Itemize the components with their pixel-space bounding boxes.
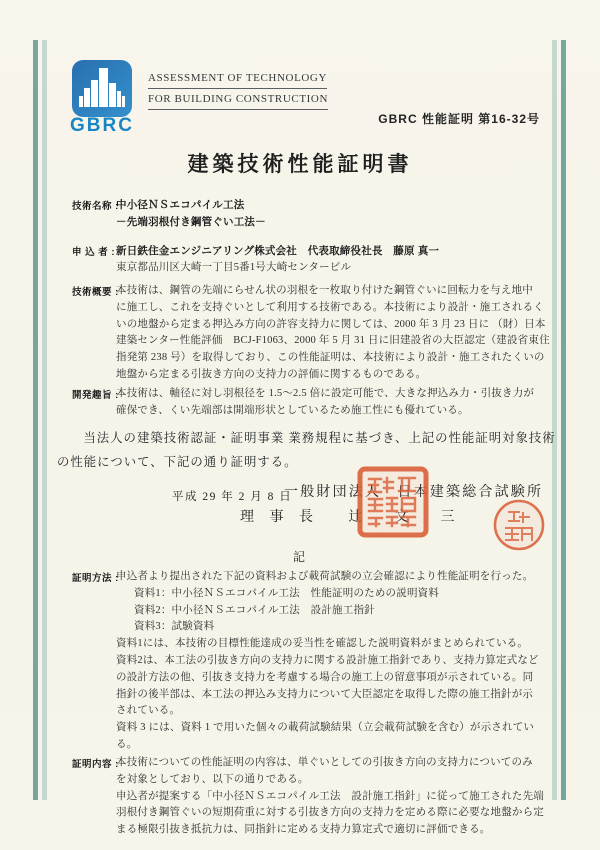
statement-line: 当法人の建築技術認証・証明事業 業務規程に基づき、上記の性能証明対象技術 — [57, 426, 540, 450]
document-title: 建築技術性能証明書 — [0, 148, 600, 178]
method-intro: 申込者より提出された下記の資料および載荷試験の立会確認により性能証明を行った。 — [116, 569, 542, 586]
method-note-line: る。 — [116, 737, 542, 754]
signer-role: 理 事 長 — [240, 510, 319, 525]
applicant-label: 申 込 者 : — [72, 244, 115, 258]
tech-summary-line: 本技術は、鋼管の先端にらせん状の羽根を一枚取り付けた鋼管ぐいに回転力を与え地中 — [116, 283, 542, 300]
round-seal-icon — [492, 498, 546, 552]
content-label: 証明内容 : — [72, 756, 119, 770]
method-note-line: されている。 — [116, 703, 542, 720]
tech-summary-line: 指発第 238 号）を取得しており、この性能証明は、本技術により設計・施工された… — [116, 350, 542, 367]
section-applicant: 申 込 者 : 新日鉄住金エンジニアリング株式会社 代表取締役社長 藤原 真一 … — [72, 243, 542, 277]
content-line: 申込者が提案する「中小径ＮＳエコパイル工法 設計施工指針」に従って施工された先端 — [116, 789, 542, 806]
method-note-line: 資料2は、本工法の引抜き方向の支持力に関する設計施工指針であり、支持力算定式など — [116, 653, 542, 670]
content-line: 羽根付き鋼管ぐいの短期荷重に対する引抜き方向の支持力を定める際に必要な地盤から定 — [116, 805, 542, 822]
content-line: 本技術についての性能証明の内容は、単ぐいとしての引抜き方向の支持力についてのみ — [116, 755, 542, 772]
square-seal-icon — [357, 466, 429, 538]
method-note-line: の設計方法の他、引抜き支持力を考慮する場合の施工上の留意事項が示されている。同 — [116, 670, 542, 687]
method-note-line: 資料 3 には、資料 1 で用いた個々の載荷試験結果（立会載荷試験を含む）が示さ… — [116, 720, 542, 737]
applicant-address: 東京都品川区大崎一丁目5番1号大崎センタービル — [116, 260, 542, 277]
certificate-page: GBRC ASSESSMENT OF TECHNOLOGY FOR BUILDI… — [0, 0, 600, 850]
tech-name-line: －先端羽根付き鋼管ぐい工法－ — [116, 214, 542, 231]
certificate-number: GBRC 性能証明 第16-32号 — [378, 110, 540, 127]
statement-line: の性能について、下記の通り証明する。 — [57, 450, 540, 474]
signer-line: 理 事 長 辻 文 三 — [240, 506, 464, 526]
square-seal — [357, 466, 429, 538]
tech-name-label: 技術名称 : — [72, 198, 119, 212]
org-name-english: ASSESSMENT OF TECHNOLOGY FOR BUILDING CO… — [148, 68, 328, 110]
section-method: 証明方法 : 申込者より提出された下記の資料および載荷試験の立会確認により性能証… — [72, 569, 542, 754]
gbrc-brand-text: GBRC — [66, 115, 138, 137]
purpose-line: 本技術は、軸径に対し羽根径を 1.5～2.5 倍に設定可能で、大きな押込み力・引… — [116, 386, 542, 403]
gbrc-logo — [72, 60, 132, 117]
note-mark: 記 — [0, 548, 600, 565]
building-skyline-icon — [72, 60, 132, 117]
purpose-line: 確保でき、くい先端部は開端形状としているため施工性にも優れている。 — [116, 403, 542, 420]
section-purpose: 開発趣旨 : 本技術は、軸径に対し羽根径を 1.5～2.5 倍に設定可能で、大き… — [72, 386, 542, 420]
method-doc-item: 資料2：中小径ＮＳエコパイル工法 設計施工指針 — [134, 603, 542, 620]
purpose-label: 開発趣旨 : — [72, 387, 119, 401]
tech-name-line: 中小径ＮＳエコパイル工法 — [116, 197, 542, 214]
content-line: まる極限引抜き抵抗力は、同指針に定める支持力算定式で適切に評価できる。 — [116, 822, 542, 839]
org-en-line1: ASSESSMENT OF TECHNOLOGY — [148, 70, 327, 89]
issue-date: 平成 29 年 2 月 8 日 — [172, 488, 292, 504]
org-en-line2: FOR BUILDING CONSTRUCTION — [148, 91, 328, 110]
tech-summary-line: 地盤から定まる引抜き方向の支持力の評価に関するものである。 — [116, 367, 542, 384]
method-doc-item: 資料3：試験資料 — [134, 619, 542, 636]
method-doc-item: 資料1：中小径ＮＳエコパイル工法 性能証明のための説明資料 — [134, 586, 542, 603]
section-tech-name: 技術名称 : 中小径ＮＳエコパイル工法 －先端羽根付き鋼管ぐい工法－ — [72, 197, 542, 231]
tech-summary-label: 技術概要 : — [72, 284, 119, 298]
round-seal — [492, 498, 546, 552]
tech-summary-line: に施工し、これを支持ぐいとして利用する技術である。本技術により設計・施工されるく — [116, 300, 542, 317]
method-note-line: 指針の後半部は、本工法の押込み支持力について大臣認定を取得した際の施工指針が示 — [116, 687, 542, 704]
certification-statement: 当法人の建築技術認証・証明事業 業務規程に基づき、上記の性能証明対象技術 の性能… — [57, 426, 540, 474]
tech-summary-line: 建築センター性能評価 BCJ-F1063、2000 年 5 月 31 日に旧建設… — [116, 333, 542, 350]
method-label: 証明方法 : — [72, 570, 119, 584]
section-content: 証明内容 : 本技術についての性能証明の内容は、単ぐいとしての引抜き方向の支持力… — [72, 755, 542, 839]
tech-summary-line: いの地盤から定まる押込み方向の許容支持力に関しては、2000 年 3 月 23 … — [116, 317, 542, 334]
applicant-company: 新日鉄住金エンジニアリング株式会社 代表取締役社長 藤原 真一 — [116, 243, 542, 260]
method-note-line: 資料1には、本技術の目標性能達成の妥当性を確認した説明資料がまとめられている。 — [116, 636, 542, 653]
content-line: を対象としており、以下の通りである。 — [116, 772, 542, 789]
section-tech-summary: 技術概要 : 本技術は、鋼管の先端にらせん状の羽根を一枚取り付けた鋼管ぐいに回転… — [72, 283, 542, 384]
